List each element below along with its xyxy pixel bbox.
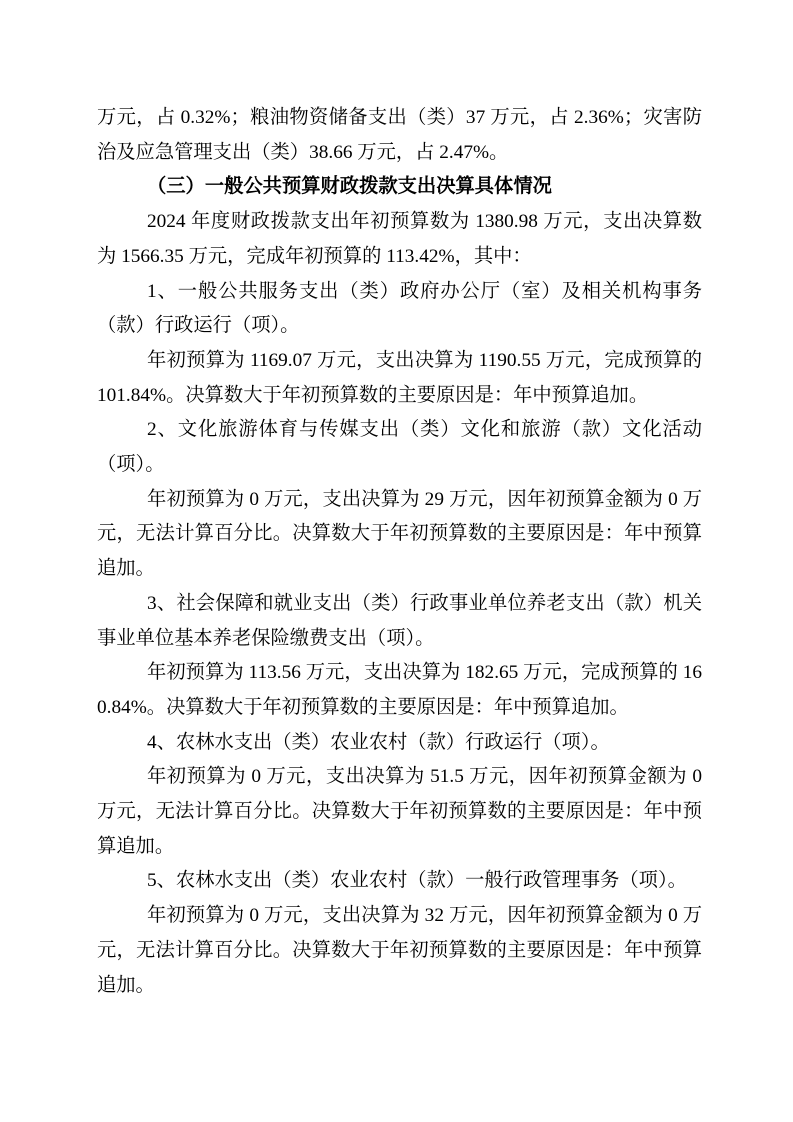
paragraph-item-1-title: 1、一般公共服务支出（类）政府办公厅（室）及相关机构事务（款）行政运行（项）。 (97, 275, 702, 344)
paragraph-item-3-title: 3、社会保障和就业支出（类）行政事业单位养老支出（款）机关事业单位基本养老保险缴… (97, 587, 702, 656)
paragraph-item-2-title: 2、文化旅游体育与传媒支出（类）文化和旅游（款）文化活动（项）。 (97, 413, 702, 482)
paragraph-item-1-detail: 年初预算为 1169.07 万元，支出决算为 1190.55 万元，完成预算的 … (97, 344, 702, 413)
paragraph-item-5-detail: 年初预算为 0 万元，支出决算为 32 万元，因年初预算金额为 0 万元，无法计… (97, 899, 702, 1003)
paragraph-item-4-title: 4、农林水支出（类）农业农村（款）行政运行（项）。 (97, 726, 702, 761)
paragraph-continuation: 万元，占 0.32%；粮油物资储备支出（类）37 万元，占 2.36%；灾害防治… (97, 101, 702, 170)
paragraph-item-2-detail: 年初预算为 0 万元，支出决算为 29 万元，因年初预算金额为 0 万元，无法计… (97, 483, 702, 587)
paragraph-item-5-title: 5、农林水支出（类）农业农村（款）一般行政管理事务（项）。 (97, 864, 702, 899)
document-page: 万元，占 0.32%；粮油物资储备支出（类）37 万元，占 2.36%；灾害防治… (0, 0, 793, 1122)
section-heading: （三）一般公共预算财政拨款支出决算具体情况 (97, 170, 702, 205)
paragraph-item-3-detail: 年初预算为 113.56 万元，支出决算为 182.65 万元，完成预算的 16… (97, 656, 702, 725)
paragraph-overview: 2024 年度财政拨款支出年初预算数为 1380.98 万元，支出决算数为 15… (97, 205, 702, 274)
paragraph-item-4-detail: 年初预算为 0 万元，支出决算为 51.5 万元，因年初预算金额为 0 万元，无… (97, 760, 702, 864)
